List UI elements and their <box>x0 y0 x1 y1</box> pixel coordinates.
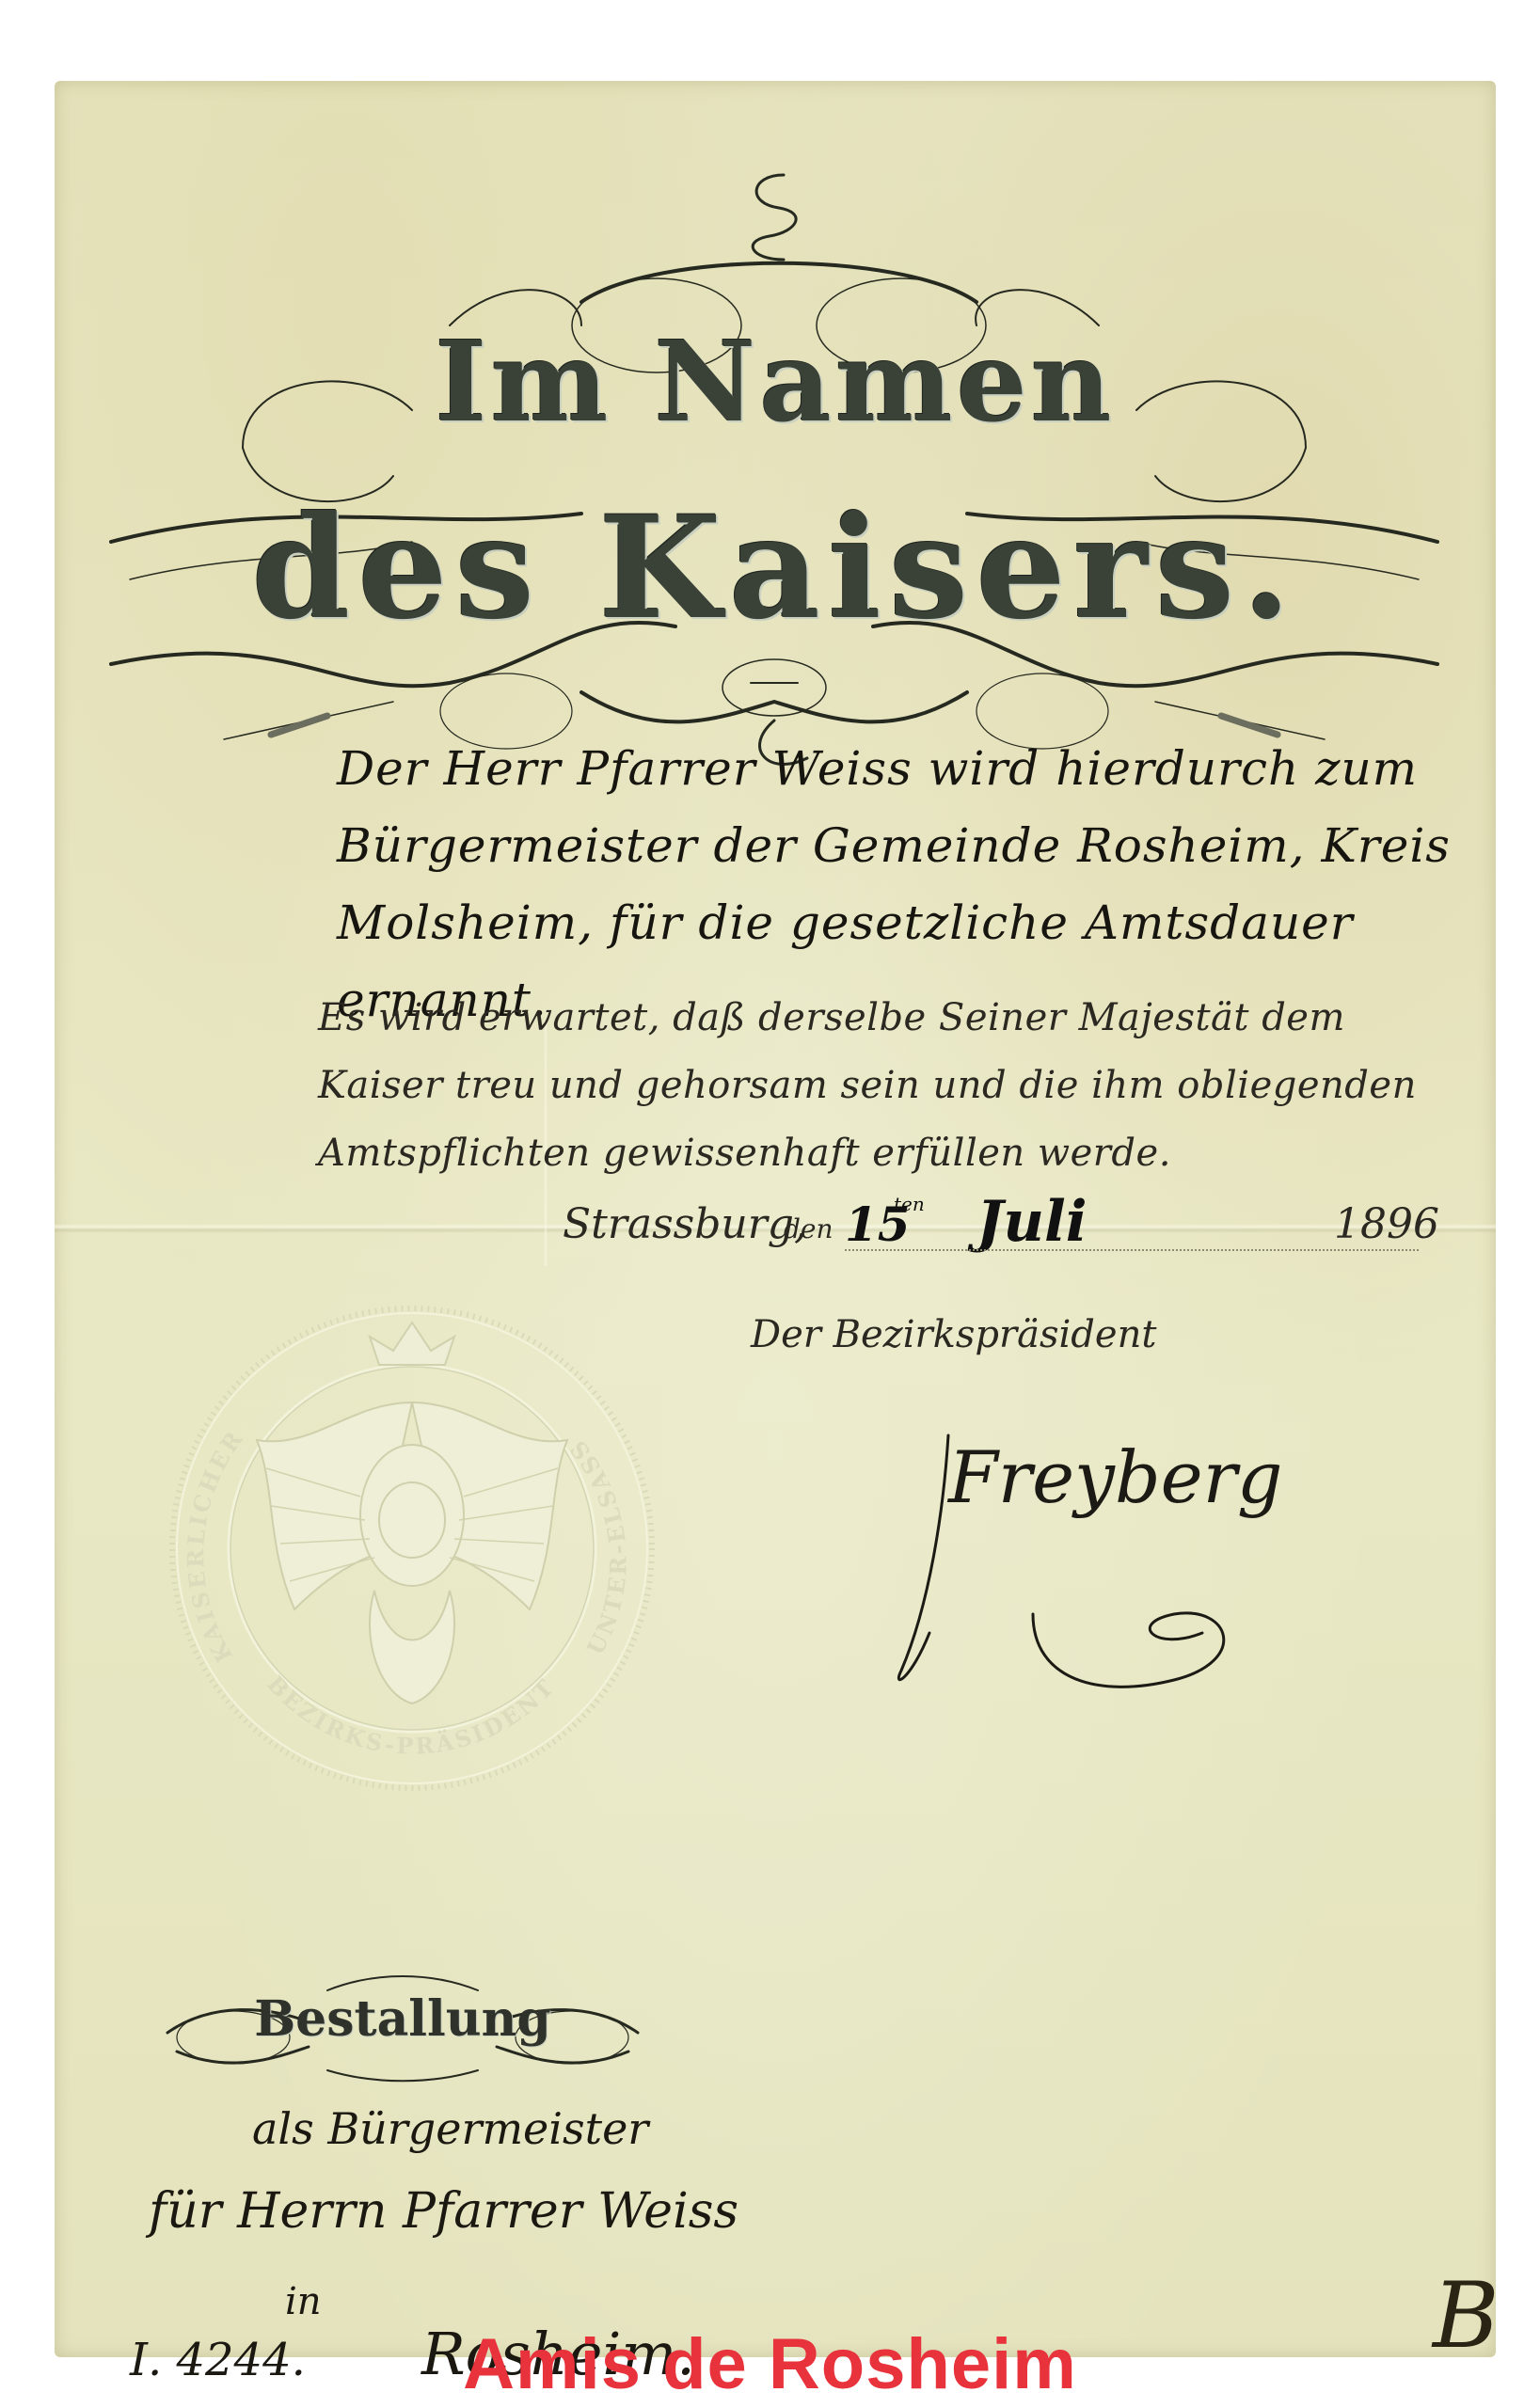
expectation-paragraph: Es wird erwartet, daß derselbe Seiner Ma… <box>318 984 1475 1187</box>
seal-text-right: UNTER-ELSASS <box>563 1434 632 1659</box>
calligraphic-flourish-icon <box>55 137 1496 777</box>
title-block: Im Namen des Kaisers. <box>55 137 1496 777</box>
embossed-seal: KAISERLICHER BEZIRKS-PRÄSIDENT VON UNTER… <box>163 1299 661 1798</box>
endorsement-heading-block: Bestallung <box>158 1962 647 2075</box>
title-line-des-kaisers: des Kaisers. <box>55 485 1496 651</box>
title-line-im-namen: Im Namen <box>55 316 1496 447</box>
date-den: den <box>784 1213 834 1244</box>
date-place: Strassburg, <box>563 1200 807 1248</box>
date-year: 1896 <box>1334 1200 1439 1248</box>
imperial-eagle-seal-icon: KAISERLICHER BEZIRKS-PRÄSIDENT VON UNTER… <box>163 1299 661 1798</box>
dotted-rule <box>845 1249 1419 1251</box>
endorsement-heading: Bestallung <box>158 1990 647 2048</box>
endorsement-line-name: für Herrn Pfarrer Weiss <box>149 2183 738 2240</box>
watermark-caption: Amis de Rosheim <box>0 2323 1540 2405</box>
svg-text:UNTER-ELSASS: UNTER-ELSASS <box>563 1434 632 1659</box>
signature: Freyberg <box>948 1435 1283 1519</box>
date-month: Juli <box>976 1189 1088 1255</box>
date-day-suffix: ten <box>894 1193 925 1215</box>
endorsement-line-role: als Bürgermeister <box>252 2103 648 2154</box>
document-paper: Im Namen des Kaisers. Der Herr Pfarrer W… <box>55 81 1496 2357</box>
endorsement-line-in: in <box>285 2280 322 2323</box>
signatory-title: Der Bezirkspräsident <box>751 1313 1156 1356</box>
date-line: Strassburg, den 15 ten Juli 1896 <box>563 1200 1456 1275</box>
